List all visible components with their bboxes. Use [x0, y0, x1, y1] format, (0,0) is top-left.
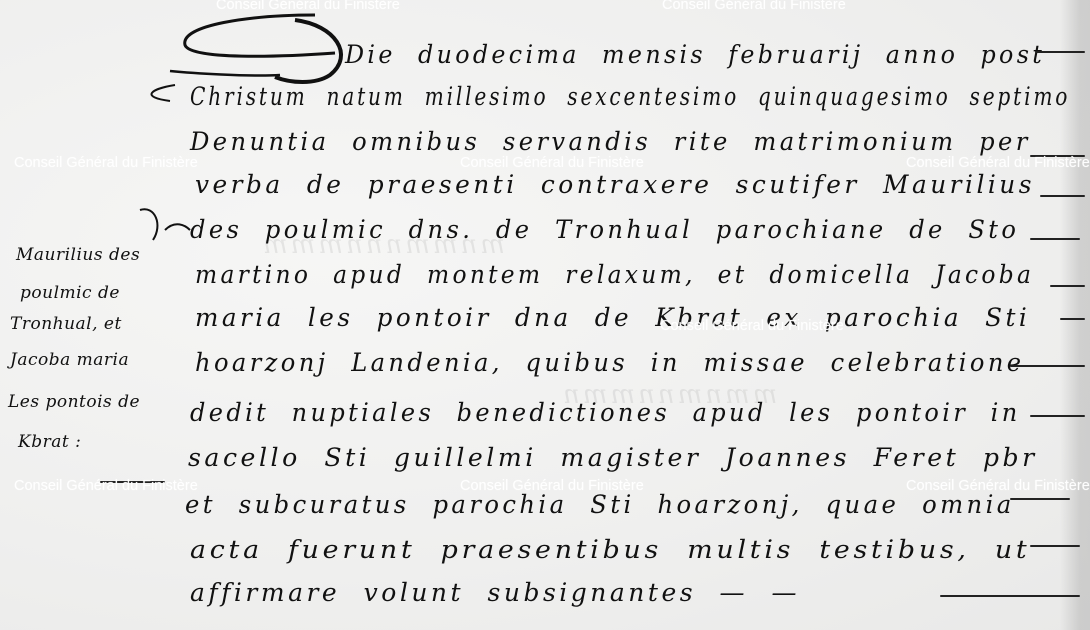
text-line-2: Christum natum millesimo sexcentesimo qu… [190, 82, 1070, 111]
watermark: Conseil Général du Finistère [14, 155, 198, 171]
line-filler-stroke [940, 595, 1080, 597]
line-filler-stroke [1030, 415, 1085, 417]
watermark: Conseil Général du Finistère [906, 155, 1090, 171]
watermark: Conseil Général du Finistère [662, 0, 846, 13]
watermark: Conseil Général du Finistère [14, 478, 198, 494]
manuscript-page: mnmmnnnmmm mmnmnnmmn Die duodecima mensi… [0, 0, 1090, 630]
text-line-12: acta fuerunt praesentibus multis testibu… [190, 535, 1030, 564]
text-line-4: verba de praesenti contraxere scutifer M… [195, 170, 1035, 199]
margin-bracket-icon [135, 200, 195, 260]
text-line-5: des poulmic dns. de Tronhual parochiane … [190, 215, 1019, 244]
watermark: Conseil Général du Finistère [906, 478, 1090, 494]
margin-note-line-3: Tronhual, et [10, 314, 122, 334]
line-filler-stroke [1050, 285, 1085, 287]
margin-note-line-4: Jacoba maria [10, 350, 129, 370]
margin-note-line-2: poulmic de [20, 283, 120, 303]
watermark: Conseil Général du Finistère [460, 155, 644, 171]
line-filler-stroke [1060, 318, 1085, 320]
text-line-13: affirmare volunt subsignantes — — [190, 578, 800, 607]
text-line-8: hoarzonj Landenia, quibus in missae cele… [195, 348, 1025, 377]
line-filler-stroke [1030, 238, 1080, 240]
margin-note-line-1: Maurilius des [16, 245, 140, 265]
text-line-7: maria les pontoir dna de Kbrat ex paroch… [195, 303, 1030, 332]
margin-note-line-5: Les pontois de [8, 392, 140, 412]
text-line-6: martino apud montem relaxum, et domicell… [195, 260, 1034, 289]
line-filler-stroke [1030, 545, 1080, 547]
text-line-11: et subcuratus parochia Sti hoarzonj, qua… [185, 490, 1015, 519]
line-filler-stroke [1035, 51, 1085, 53]
watermark: Conseil Général du Finistère [460, 478, 644, 494]
margin-note-line-6: Kbrat : [18, 432, 81, 452]
line-filler-stroke [1010, 498, 1070, 500]
line-filler-stroke [1040, 195, 1085, 197]
text-line-9: dedit nuptiales benedictiones apud les p… [190, 398, 1021, 427]
text-line-10: sacello Sti guillelmi magister Joannes F… [188, 443, 1038, 472]
text-line-1: Die duodecima mensis februarij anno post [345, 40, 1045, 69]
text-line-3: Denuntia omnibus servandis rite matrimon… [190, 127, 1031, 156]
watermark: Conseil Général du Finistère [216, 0, 400, 13]
line-filler-stroke [1010, 365, 1085, 367]
watermark: Conseil Général du Finistère [660, 318, 844, 334]
